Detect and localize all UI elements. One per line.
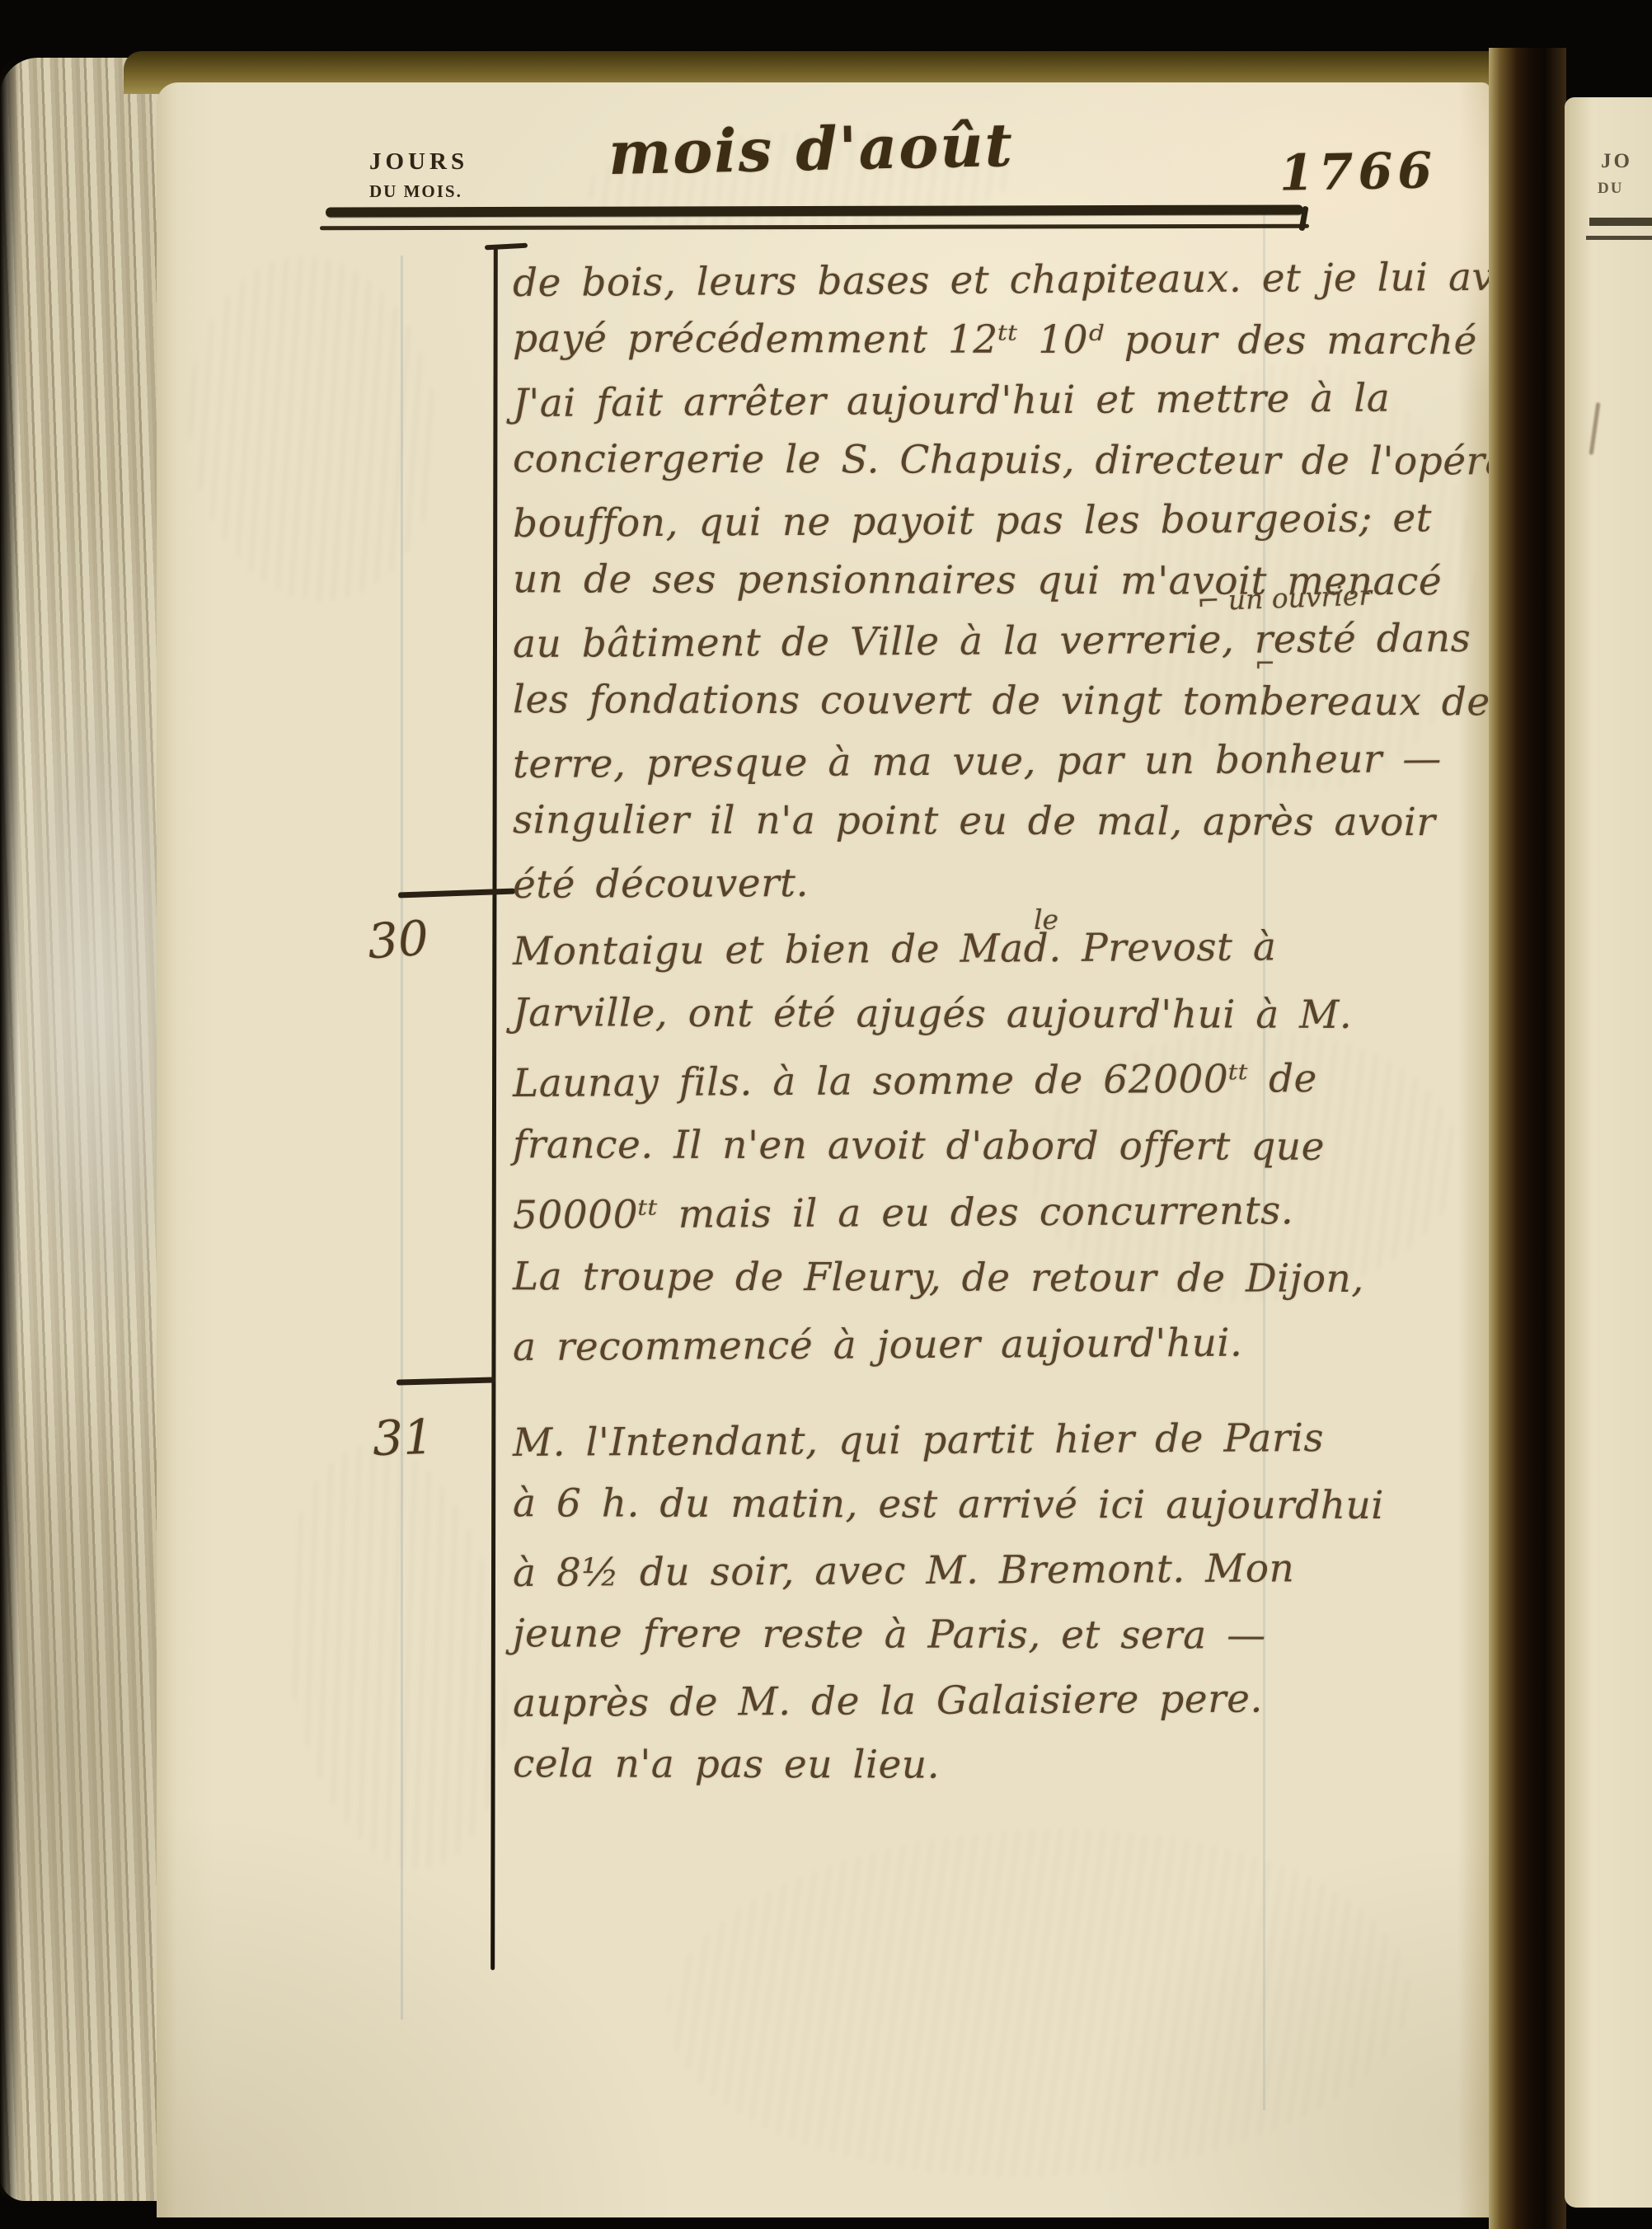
- page-stack-shadow: [0, 58, 21, 2201]
- manuscript-line: Jarville, ont été ajugés aujourd'hui à M…: [513, 980, 1490, 1049]
- entry-divider-before-31: [397, 1377, 495, 1385]
- year-label: 1766: [1279, 142, 1437, 202]
- journal-entry-31: M. l'Intendant, qui partit hier de Paris…: [513, 1407, 1490, 1798]
- printed-header-line1: JOURS: [369, 148, 468, 176]
- manuscript-line: La troupe de Fleury, de retour de Dijon,: [513, 1244, 1490, 1312]
- manuscript-line: cela n'a pas eu lieu.: [513, 1731, 1490, 1799]
- month-title: mois d'août: [608, 110, 1015, 188]
- insertion-caret: ⌐: [1196, 584, 1220, 617]
- bleed-through-smudge: [172, 243, 454, 613]
- bleed-through-rule: [401, 256, 403, 2020]
- manuscript-line: Montaigu et bien de Mad. Prevost à: [513, 913, 1490, 985]
- manuscript-line: jeune frere reste à Paris, et sera —: [513, 1601, 1490, 1668]
- manuscript-line: à 6 h. du matin, est arrivé ici aujourdh…: [513, 1471, 1490, 1538]
- entry-divider-before-30: [398, 889, 515, 899]
- printed-header-days-of-month: JOURS DU MOIS.: [369, 148, 468, 202]
- manuscript-line: france. Il n'en avoit d'abord offert que: [513, 1112, 1490, 1180]
- printed-header-line2: DU MOIS.: [369, 181, 468, 202]
- insertion-caret-inline: ⌐: [1255, 650, 1275, 678]
- manuscript-line: Launay fils. à la somme de 62000ᵗᵗ de: [513, 1044, 1490, 1117]
- facing-handwriting-fragment: [1589, 402, 1601, 455]
- bleed-through-smudge: [662, 1817, 1415, 2189]
- facing-printed-header-line1: JO: [1601, 150, 1632, 173]
- manuscript-line: J'ai fait arrêter aujourd'hui et mettre …: [513, 367, 1490, 434]
- facing-header-rule-thin: [1586, 236, 1652, 240]
- manuscript-line: terre, presque à ma vue, par un bonheur …: [513, 728, 1490, 795]
- facing-page-edge: JO DU: [1565, 97, 1652, 2208]
- facing-printed-header-line2: DU: [1598, 180, 1623, 198]
- manuscript-line: auprès de M. de la Galaisiere pere.: [513, 1664, 1490, 1736]
- interlinear-insertion-ouvrier: ⌐un ouvrier: [1196, 579, 1372, 617]
- manuscript-line: au bâtiment de Ville à la verrerie, rest…: [513, 608, 1490, 674]
- journal-page: JOURS DU MOIS. mois d'août 1766 30 31 de…: [157, 82, 1490, 2217]
- manuscript-line: payé précédemment 12ᵗᵗ 10ᵈ pour des marc…: [513, 308, 1490, 371]
- day-number-31: 31: [372, 1409, 434, 1467]
- manuscript-line: conciergerie le S. Chapuis, directeur de…: [513, 429, 1490, 491]
- book-gutter: [1489, 48, 1566, 2229]
- manuscript-line: M. l'Intendant, qui partit hier de Paris: [513, 1404, 1490, 1476]
- book-scan: JOURS DU MOIS. mois d'août 1766 30 31 de…: [0, 0, 1652, 2229]
- manuscript-line: de bois, leurs bases et chapiteaux. et j…: [513, 246, 1490, 313]
- manuscript-line: singulier il n'a point eu de mal, après …: [513, 790, 1490, 852]
- manuscript-line: bouffon, qui ne payoit pas les bourgeois…: [513, 487, 1490, 554]
- insertion-text: un ouvrier: [1227, 579, 1373, 616]
- manuscript-line: à 8½ du soir, avec M. Bremont. Mon: [513, 1534, 1490, 1606]
- header-rule-thick: [326, 204, 1303, 217]
- manuscript-line: a recommencé à jouer aujourd'hui.: [513, 1308, 1490, 1381]
- manuscript-line: 50000ᵗᵗ mais il a eu des concurrents.: [513, 1176, 1490, 1249]
- manuscript-line: été découvert.: [513, 848, 1490, 915]
- facing-header-rule-thick: [1589, 218, 1652, 226]
- day-number-30: 30: [366, 910, 430, 970]
- manuscript-line: les fondations couvert de vingt tomberea…: [513, 669, 1490, 732]
- journal-entry-30: Montaigu et bien de Mad. Prevost à Jarvi…: [513, 916, 1490, 1377]
